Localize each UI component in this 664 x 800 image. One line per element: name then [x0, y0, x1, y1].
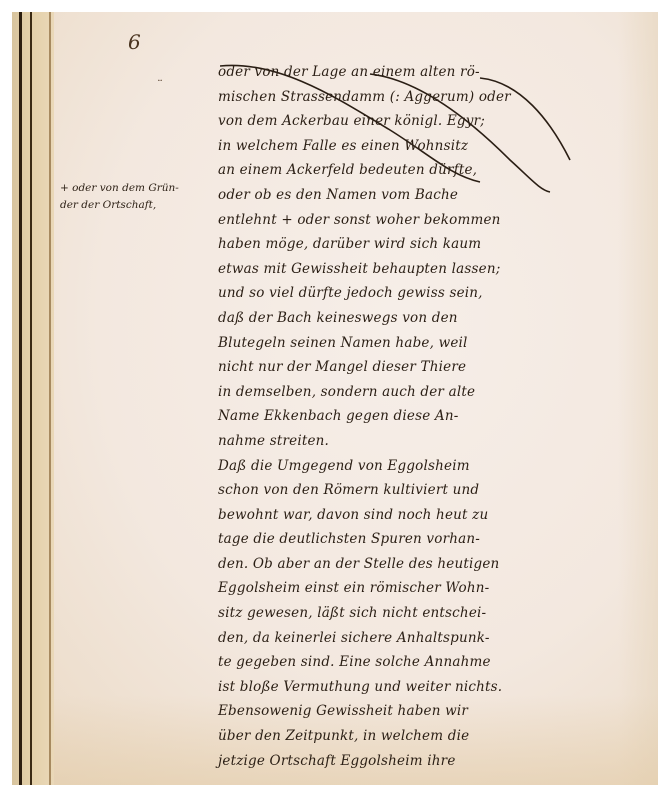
text-line: haben möge, darüber wird sich kaum — [218, 232, 638, 257]
text-line: etwas mit Gewissheit behaupten lassen; — [218, 257, 638, 282]
text-line: mischen Strassendamm (: Aggerum) oder — [218, 85, 638, 110]
text-line: Daß die Umgegend von Eggolsheim — [218, 454, 638, 479]
text-line: den, da keinerlei sichere Anhaltspunk- — [218, 626, 638, 651]
text-line: nahme streiten. — [218, 429, 638, 454]
text-line: tage die deutlichsten Spuren vorhan- — [218, 527, 638, 552]
text-line: und so viel dürfte jedoch gewiss sein, — [218, 281, 638, 306]
margin-note-line: + oder von dem Grün- — [60, 180, 210, 197]
margin-note-line: der der Ortschaft, — [60, 197, 210, 214]
text-line: Name Ekkenbach gegen diese An- — [218, 404, 638, 429]
text-line: in welchem Falle es einen Wohnsitz — [218, 134, 638, 159]
manuscript-body: oder von der Lage an einem alten rö- mis… — [218, 60, 638, 773]
text-line: jetzige Ortschaft Eggolsheim ihre — [218, 749, 638, 774]
torn-edge-line — [49, 12, 51, 785]
page-binding-edge — [12, 12, 54, 785]
text-line: in demselben, sondern auch der alte — [218, 380, 638, 405]
text-line: ist bloße Vermuthung und weiter nichts. — [218, 675, 638, 700]
text-line: nicht nur der Mangel dieser Thiere — [218, 355, 638, 380]
text-line: entlehnt + oder sonst woher bekommen — [218, 208, 638, 233]
text-line: an einem Ackerfeld bedeuten dürfte, — [218, 158, 638, 183]
text-line: Eggolsheim einst ein römischer Wohn- — [218, 576, 638, 601]
text-line: schon von den Römern kultiviert und — [218, 478, 638, 503]
text-line: über den Zeitpunkt, in welchem die — [218, 724, 638, 749]
text-line: te gegeben sind. Eine solche Annahme — [218, 650, 638, 675]
text-line: oder von der Lage an einem alten rö- — [218, 60, 638, 85]
text-line: oder ob es den Namen vom Bache — [218, 183, 638, 208]
text-line: von dem Ackerbau einer königl. Egyr; — [218, 109, 638, 134]
text-line: daß der Bach keineswegs von den — [218, 306, 638, 331]
text-line: Blutegeln seinen Namen habe, weil — [218, 331, 638, 356]
ink-mark: ¨ — [157, 78, 163, 92]
binding-line — [19, 12, 22, 785]
binding-line — [30, 12, 32, 785]
page-number: 6 — [128, 30, 141, 54]
text-line: bewohnt war, davon sind noch heut zu — [218, 503, 638, 528]
text-line: den. Ob aber an der Stelle des heutigen — [218, 552, 638, 577]
text-line: Ebensowenig Gewissheit haben wir — [218, 699, 638, 724]
text-line: sitz gewesen, läßt sich nicht entschei- — [218, 601, 638, 626]
margin-note: + oder von dem Grün- der der Ortschaft, — [60, 180, 210, 214]
